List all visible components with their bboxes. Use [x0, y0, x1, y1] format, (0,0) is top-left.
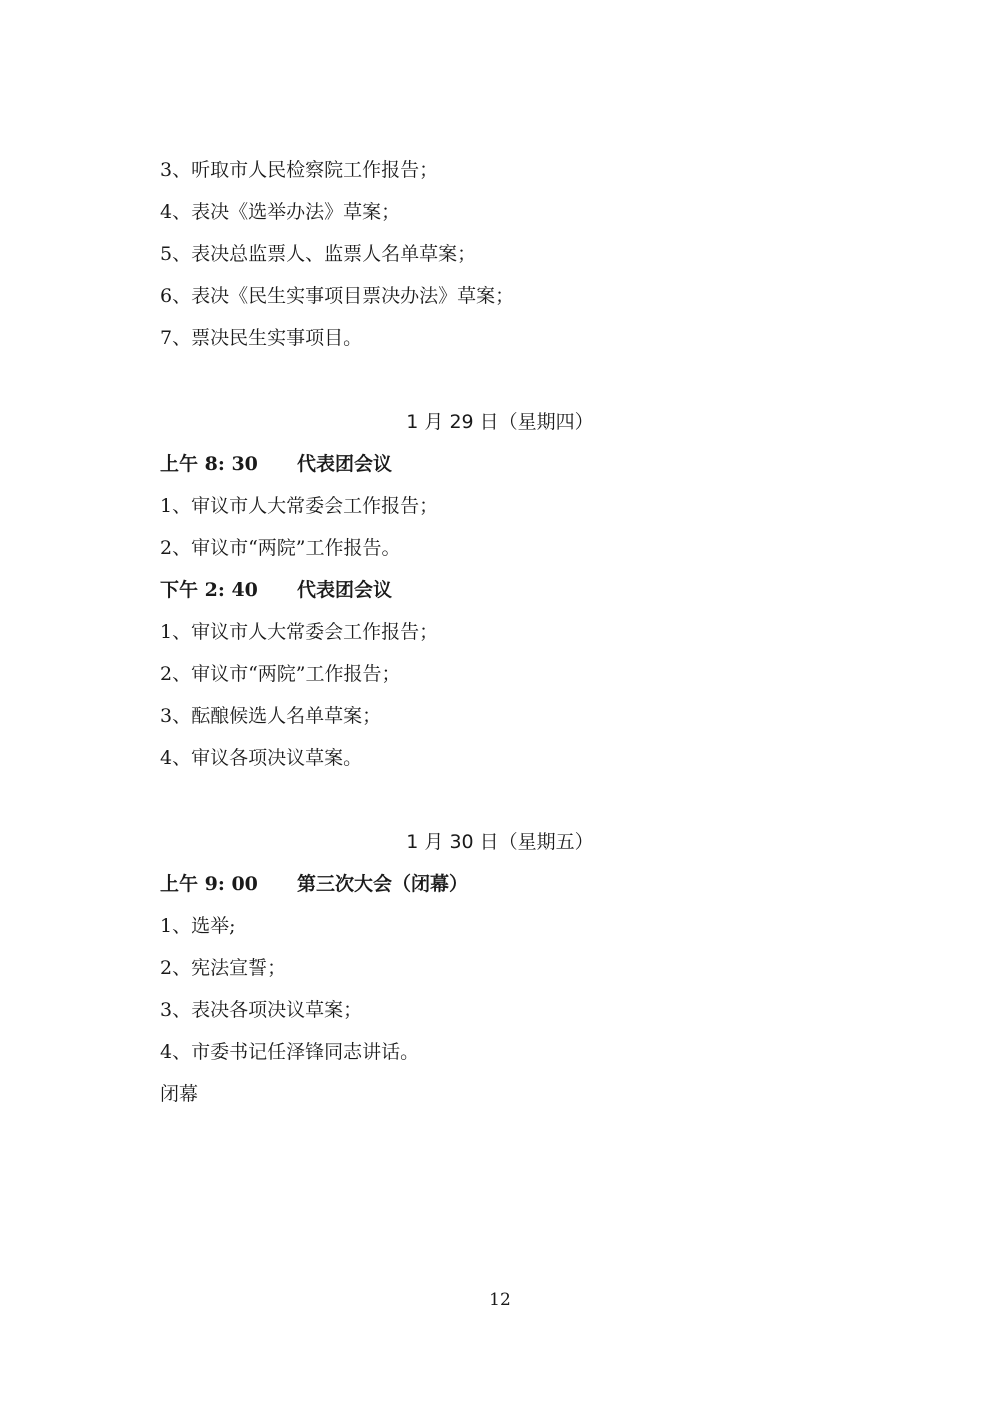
agenda-item: 3、听取市人民检察院工作报告；: [160, 158, 438, 182]
agenda-item: 1、审议市人大常委会工作报告；: [160, 494, 438, 518]
agenda-item: 4、市委书记任泽锋同志讲话。: [160, 1040, 419, 1064]
agenda-item: 2、审议市“两院”工作报告；: [160, 662, 401, 686]
agenda-item: 3、表决各项决议草案；: [160, 998, 362, 1022]
agenda-item: 7、票决民生实事项目。: [160, 326, 362, 350]
session-title: 第三次大会（闭幕）: [297, 873, 468, 895]
agenda-item: 2、宪法宣誓；: [160, 956, 286, 980]
page-number: 12: [0, 1290, 1000, 1310]
session-heading: 下午 2: 40代表团会议: [160, 578, 392, 602]
day-heading: 1 月 29 日（星期四）: [0, 410, 1000, 434]
session-time: 上午 8: 30: [160, 452, 297, 476]
agenda-item: 1、选举;: [160, 914, 236, 938]
agenda-item: 3、酝酿候选人名单草案；: [160, 704, 381, 728]
session-heading: 上午 9: 00第三次大会（闭幕）: [160, 872, 468, 896]
agenda-item: 6、表决《民生实事项目票决办法》草案；: [160, 284, 514, 308]
session-title: 代表团会议: [297, 453, 392, 475]
day-date: 1 月 30 日（星期五）: [406, 831, 593, 853]
session-time: 下午 2: 40: [160, 578, 297, 602]
closing-text: 闭幕: [160, 1082, 198, 1106]
session-heading: 上午 8: 30代表团会议: [160, 452, 392, 476]
agenda-item: 2、审议市“两院”工作报告。: [160, 536, 401, 560]
day-date: 1 月 29 日（星期四）: [406, 411, 593, 433]
agenda-item: 5、表决总监票人、监票人名单草案；: [160, 242, 476, 266]
agenda-item: 4、表决《选举办法》草案；: [160, 200, 400, 224]
agenda-item: 1、审议市人大常委会工作报告；: [160, 620, 438, 644]
session-time: 上午 9: 00: [160, 872, 297, 896]
session-title: 代表团会议: [297, 579, 392, 601]
agenda-item: 4、审议各项决议草案。: [160, 746, 362, 770]
day-heading: 1 月 30 日（星期五）: [0, 830, 1000, 854]
